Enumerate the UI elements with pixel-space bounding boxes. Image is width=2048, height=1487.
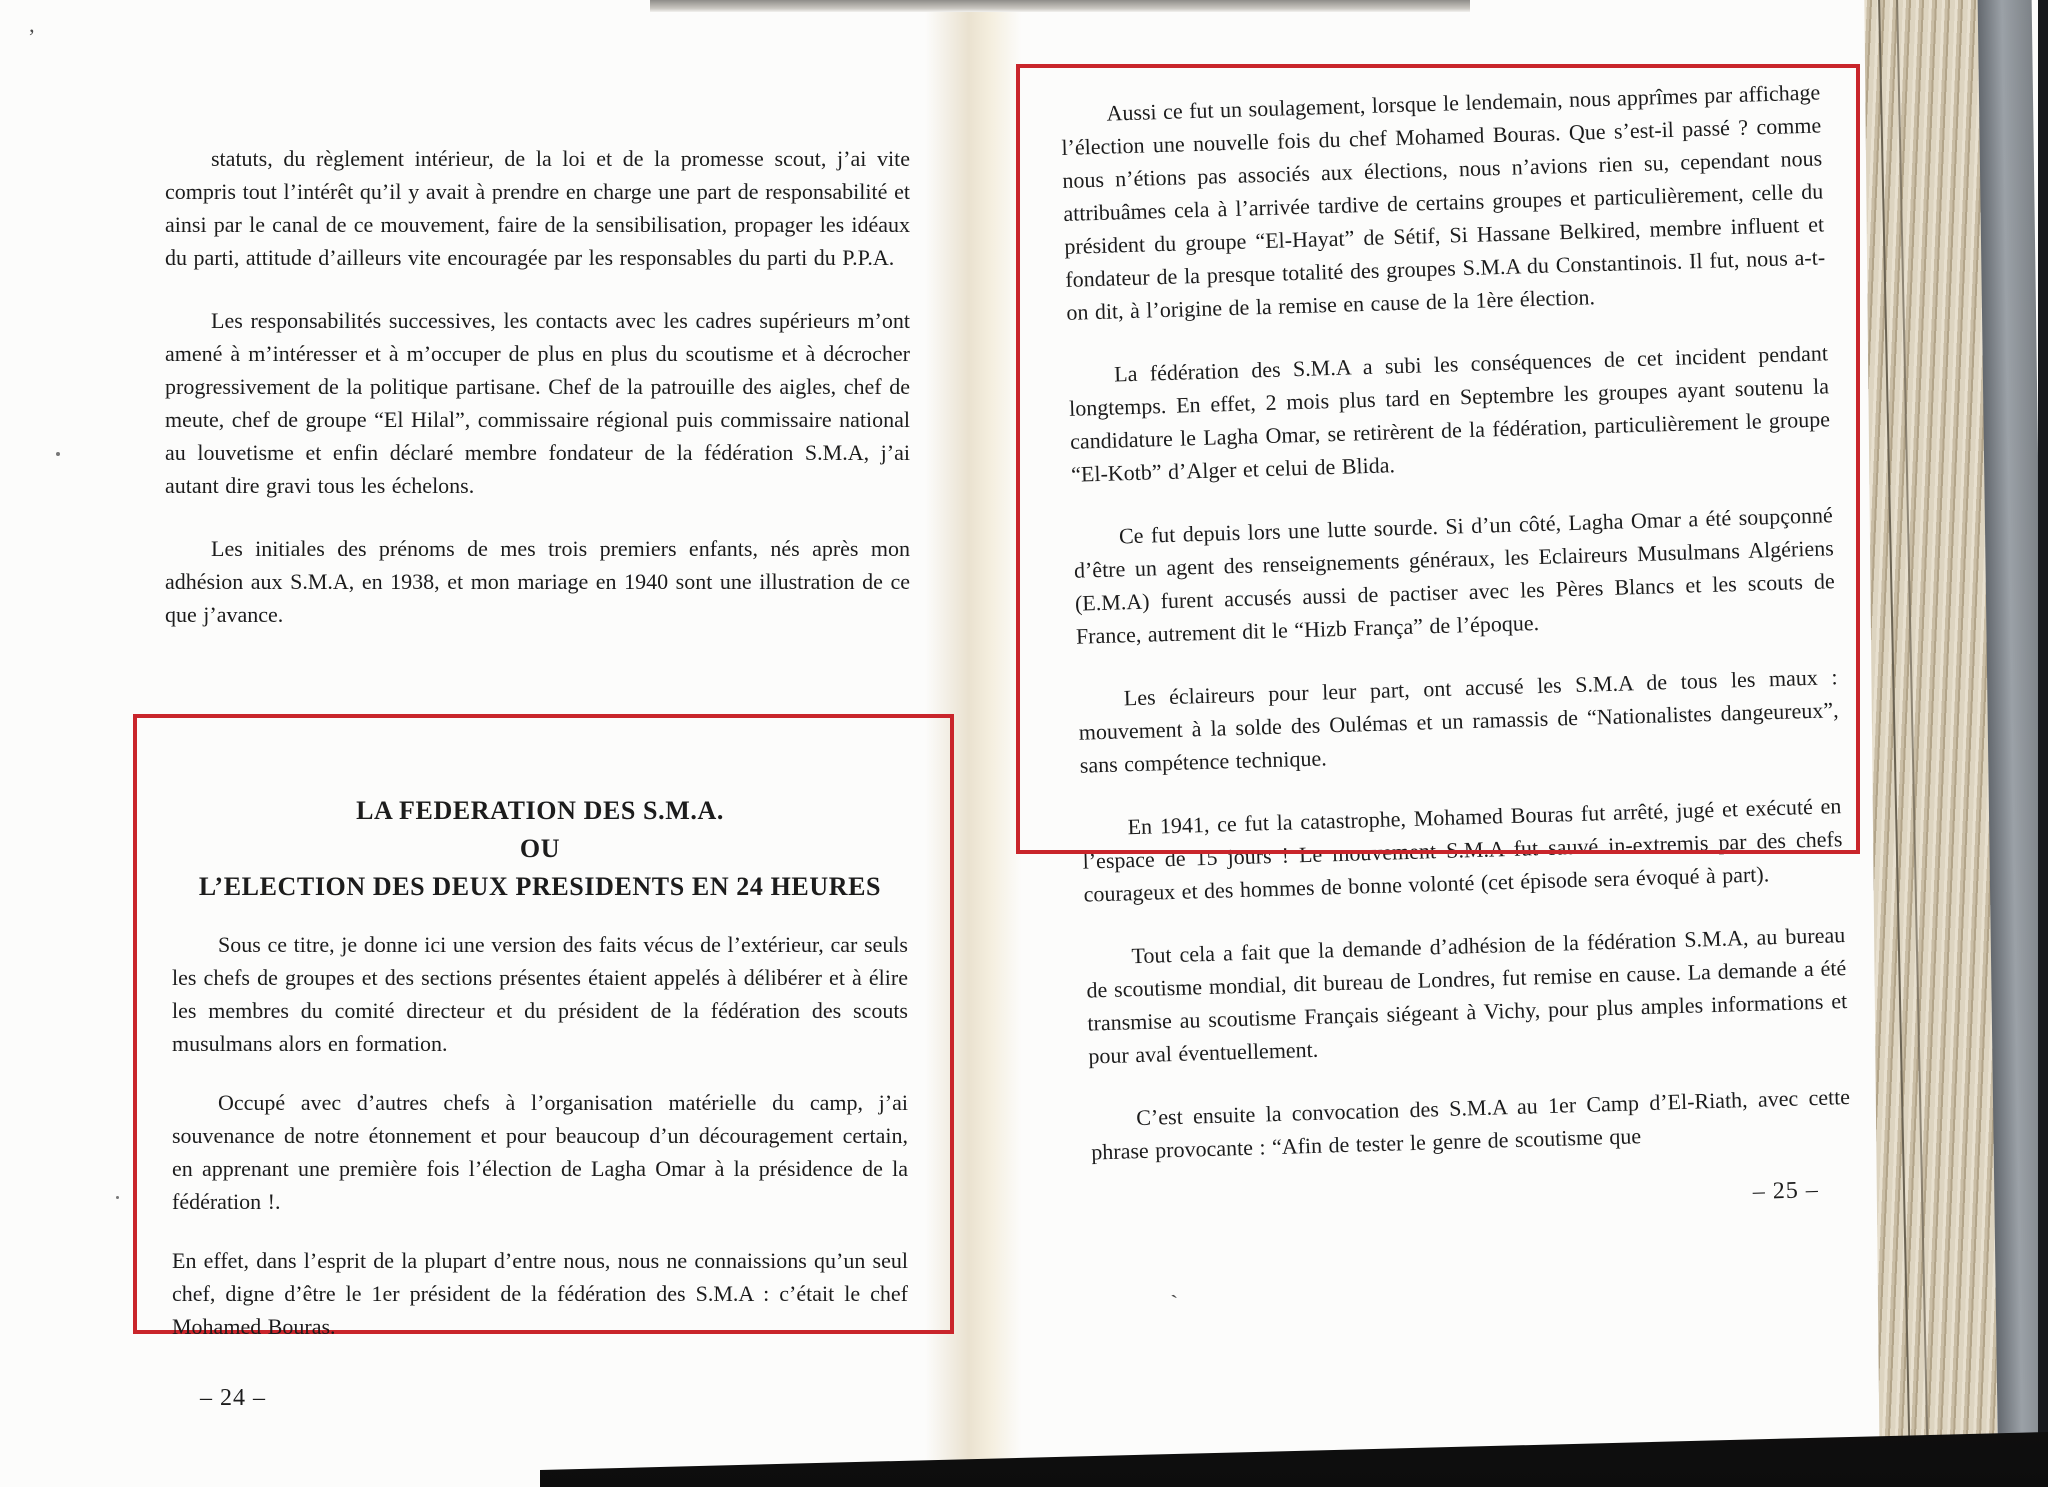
section-title: LA FEDERATION DES S.M.A. OU L’ELECTION D… — [172, 792, 908, 906]
book-scan: ’ ` statuts, du règlement intérieur, de … — [0, 0, 2048, 1487]
scan-black-edge — [2038, 0, 2048, 1487]
paragraph: statuts, du règlement intérieur, de la l… — [165, 142, 910, 274]
left-page-boxed-section: LA FEDERATION DES S.M.A. OU L’ELECTION D… — [172, 792, 908, 1369]
paragraph: La fédération des S.M.A a subi les consé… — [1068, 336, 1832, 490]
page-number-left: – 24 – — [200, 1385, 266, 1412]
paragraph: Ce fut depuis lors une lutte sourde. Si … — [1073, 498, 1837, 652]
paragraph: Occupé avec d’autres chefs à l’organisat… — [172, 1086, 908, 1218]
scan-speck — [56, 452, 60, 456]
paragraph: Aussi ce fut un soulagement, lorsque le … — [1060, 75, 1827, 328]
book-gutter-shadow — [925, 6, 1035, 1481]
scan-artifact-mark: ` — [1170, 1291, 1182, 1314]
scan-speck — [116, 1196, 119, 1199]
paragraph: Les initiales des prénoms de mes trois p… — [165, 532, 910, 631]
section-title-line: OU — [172, 830, 908, 868]
right-page-text-column: Aussi ce fut un soulagement, lorsque le … — [1060, 75, 1853, 1225]
paragraph: Sous ce titre, je donne ici une version … — [172, 928, 908, 1060]
scan-artifact-mark: ’ — [28, 26, 35, 48]
paragraph: En effet, dans l’esprit de la plupart d’… — [172, 1244, 908, 1343]
paragraph: En 1941, ce fut la catastrophe, Mohamed … — [1081, 789, 1844, 911]
page-number-right: – 25 – — [1093, 1176, 1853, 1226]
section-title-line: L’ELECTION DES DEUX PRESIDENTS EN 24 HEU… — [172, 868, 908, 906]
book-top-edge — [650, 0, 1470, 12]
paragraph: Les responsabilités successives, les con… — [165, 304, 910, 502]
paragraph: Tout cela a fait que la demande d’adhési… — [1085, 918, 1849, 1072]
paragraph: C’est ensuite la convocation des S.M.A a… — [1090, 1080, 1852, 1169]
left-page-text-column: statuts, du règlement intérieur, de la l… — [165, 142, 910, 661]
section-title-line: LA FEDERATION DES S.M.A. — [172, 792, 908, 830]
paragraph: Les éclaireurs pour leur part, ont accus… — [1077, 660, 1840, 782]
